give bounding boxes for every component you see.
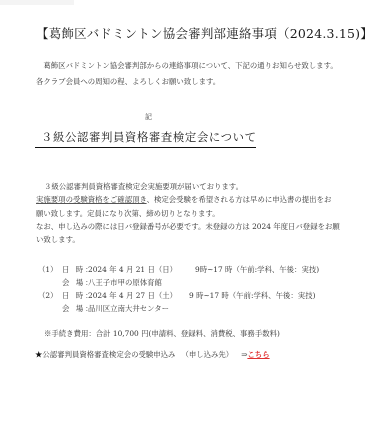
body-line: い致します。 bbox=[36, 233, 356, 246]
date-label: 日 時： bbox=[62, 289, 88, 302]
schedule-time: 9時~17 時（午前:学科、午後：実技) bbox=[195, 265, 319, 274]
ki-label: 記 bbox=[145, 112, 152, 122]
schedule-number: （1） bbox=[38, 263, 62, 276]
schedule-venue: 八王子市甲の原体育館 bbox=[88, 278, 162, 287]
application-text: 公認審判員資格審査検定会の受験申込み bbox=[42, 350, 175, 359]
application-link[interactable]: こちら bbox=[247, 350, 269, 359]
body-paragraph: ３級公認審判員資格審査検定会実施要項が届いております。 実施要項の受験資格をご確… bbox=[36, 180, 356, 246]
schedule-venue: 品川区立南大井センター bbox=[88, 304, 169, 313]
body-line: 実施要項の受験資格をご確認頂き、検定会受験を希望される方は早めに申込書の提出をお bbox=[36, 193, 356, 206]
top-edge-bar bbox=[0, 0, 74, 5]
body-text-rest: 、検定会受験を希望される方は早めに申込書の提出をお bbox=[147, 195, 332, 204]
intro-line: 各クラブ会員への周知の程、よろしくお願い致します。 bbox=[36, 74, 356, 90]
page-title: 【葛飾区バドミントン協会審判部連絡事項（2024.3.15)】 bbox=[36, 24, 373, 42]
schedule-venue-row: 会 場：八王子市甲の原体育館 bbox=[38, 276, 319, 289]
venue-label: 会 場： bbox=[62, 302, 88, 315]
intro-paragraph: 葛飾区バドミントン協会審判部からの連絡事項について、下記の通りお知らせ致します。… bbox=[36, 58, 356, 90]
intro-line: 葛飾区バドミントン協会審判部からの連絡事項について、下記の通りお知らせ致します。 bbox=[36, 58, 356, 74]
schedule-number: （2） bbox=[38, 289, 62, 302]
application-line: ★公認審判員資格審査検定会の受験申込み（申し込み先）⇒こちら bbox=[35, 349, 270, 360]
body-line: なお、申し込みの際には日バ登録番号が必要です。未登録の方は 2024 年度日バ登… bbox=[36, 220, 356, 233]
fee-note: ※手続き費用：合計 10,700 円(申請料、登録料、消費税、事務手数料) bbox=[44, 328, 280, 339]
date-label: 日 時： bbox=[62, 263, 88, 276]
schedule-date: 2024 年 4 月 27 日（土） bbox=[88, 291, 177, 300]
body-line: ３級公認審判員資格審査検定会実施要項が届いております。 bbox=[36, 180, 356, 193]
schedule-date-row: （1）日 時：2024 年 4 月 21 日（日）9時~17 時（午前:学科、午… bbox=[38, 263, 319, 276]
schedule-time: 9 時~17 時（午前:学科、午後：実技) bbox=[189, 291, 315, 300]
section-title: ３級公認審判員資格審査検定会について bbox=[35, 129, 256, 148]
venue-label: 会 場： bbox=[62, 276, 88, 289]
underlined-text: 実施要項の受験資格をご確認頂き bbox=[36, 195, 147, 204]
schedule-list: （1）日 時：2024 年 4 月 21 日（日）9時~17 時（午前:学科、午… bbox=[38, 263, 319, 315]
application-destination: （申し込み先） bbox=[181, 350, 233, 359]
body-line: 願い致します。定員になり次第、締め切りとなります。 bbox=[36, 207, 356, 220]
schedule-venue-row: 会 場：品川区立南大井センター bbox=[38, 302, 319, 315]
schedule-date: 2024 年 4 月 21 日（日） bbox=[88, 265, 177, 274]
schedule-date-row: （2）日 時：2024 年 4 月 27 日（土）9 時~17 時（午前:学科、… bbox=[38, 289, 319, 302]
